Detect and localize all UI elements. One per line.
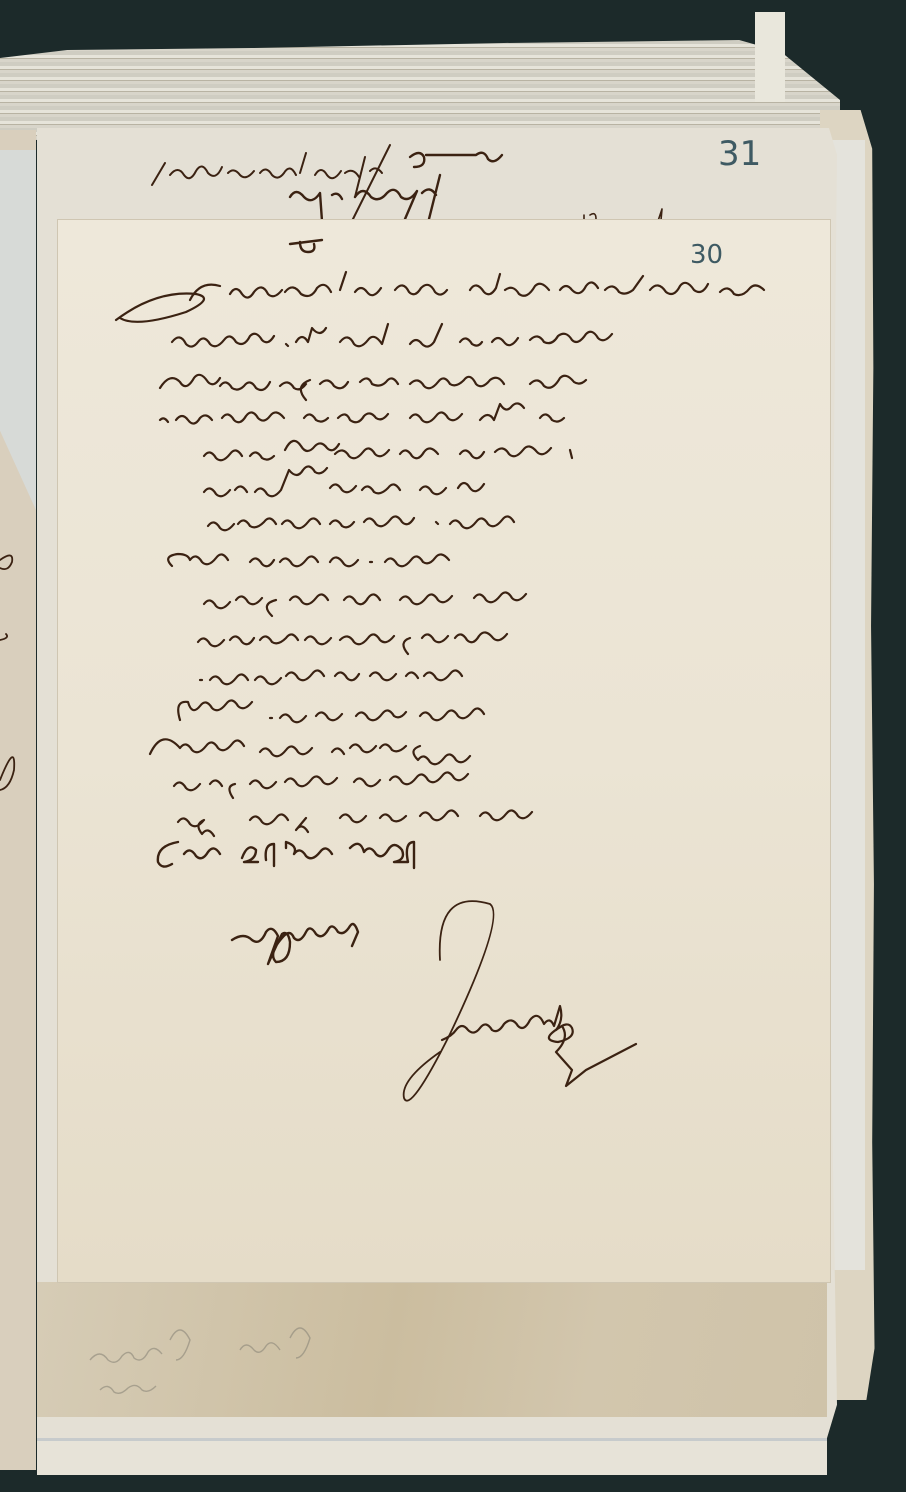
body-line-12: Muchenwalden ... <box>0 0 1 1</box>
body-line-3: der Herz. Prelaten der ... <box>0 0 1 1</box>
body-line-8: ... Herz. Prelaten ... <box>0 0 1 1</box>
body-line-4: in meine gesprochen ... <box>0 0 1 1</box>
docket-line-1: Verzeichnis und in Vor... 9 febru <box>0 0 1 1</box>
cross-mark <box>288 238 328 258</box>
body-line-15: Herr ... Gut lob mit guter ... <box>0 0 1 1</box>
cross-mark-text: + <box>0 0 1 1</box>
body-line-14: ... nach ... <box>0 0 1 1</box>
letter-body-handwriting <box>110 270 840 870</box>
body-line-7: nit habe also ... <box>0 0 1 1</box>
signature: Joann Rohrbach <box>0 0 1 1</box>
docket-line-2: ...in ... <box>0 0 1 1</box>
paper-tab <box>755 12 785 102</box>
body-line-5: wegen des Landes ... <box>0 0 1 1</box>
closing-phrase: Dienstwilliger ... <box>0 0 1 1</box>
folio-number-top: 31 <box>718 134 761 174</box>
date-line: Coln 24 Febr. 1624 <box>0 0 1 1</box>
body-line-6: dann ... <box>0 0 1 1</box>
docket-handwriting <box>140 135 640 230</box>
body-line-13: ... anderst ... Cardinalis <box>0 0 1 1</box>
page-stack-top-edge <box>0 40 840 140</box>
body-line-9: der Herr auch ... <box>0 0 1 1</box>
body-line-16: ... Osnabrück ... <box>0 0 1 1</box>
previous-leaf-handwriting <box>0 540 36 800</box>
faint-offset-writing <box>60 1310 480 1420</box>
page-stack-bottom-edge <box>37 1438 827 1475</box>
body-line-2: wolgedachten Herz. habe ... <box>0 0 1 1</box>
docket-note-text: 12 Dulch <box>0 0 1 1</box>
closing-and-signature-handwriting <box>220 890 740 1130</box>
body-line-1: Ewrste gnstige liebe Herr ... <box>0 0 1 1</box>
folio-number-letter: 30 <box>690 240 723 270</box>
date-line-handwriting <box>150 830 470 880</box>
